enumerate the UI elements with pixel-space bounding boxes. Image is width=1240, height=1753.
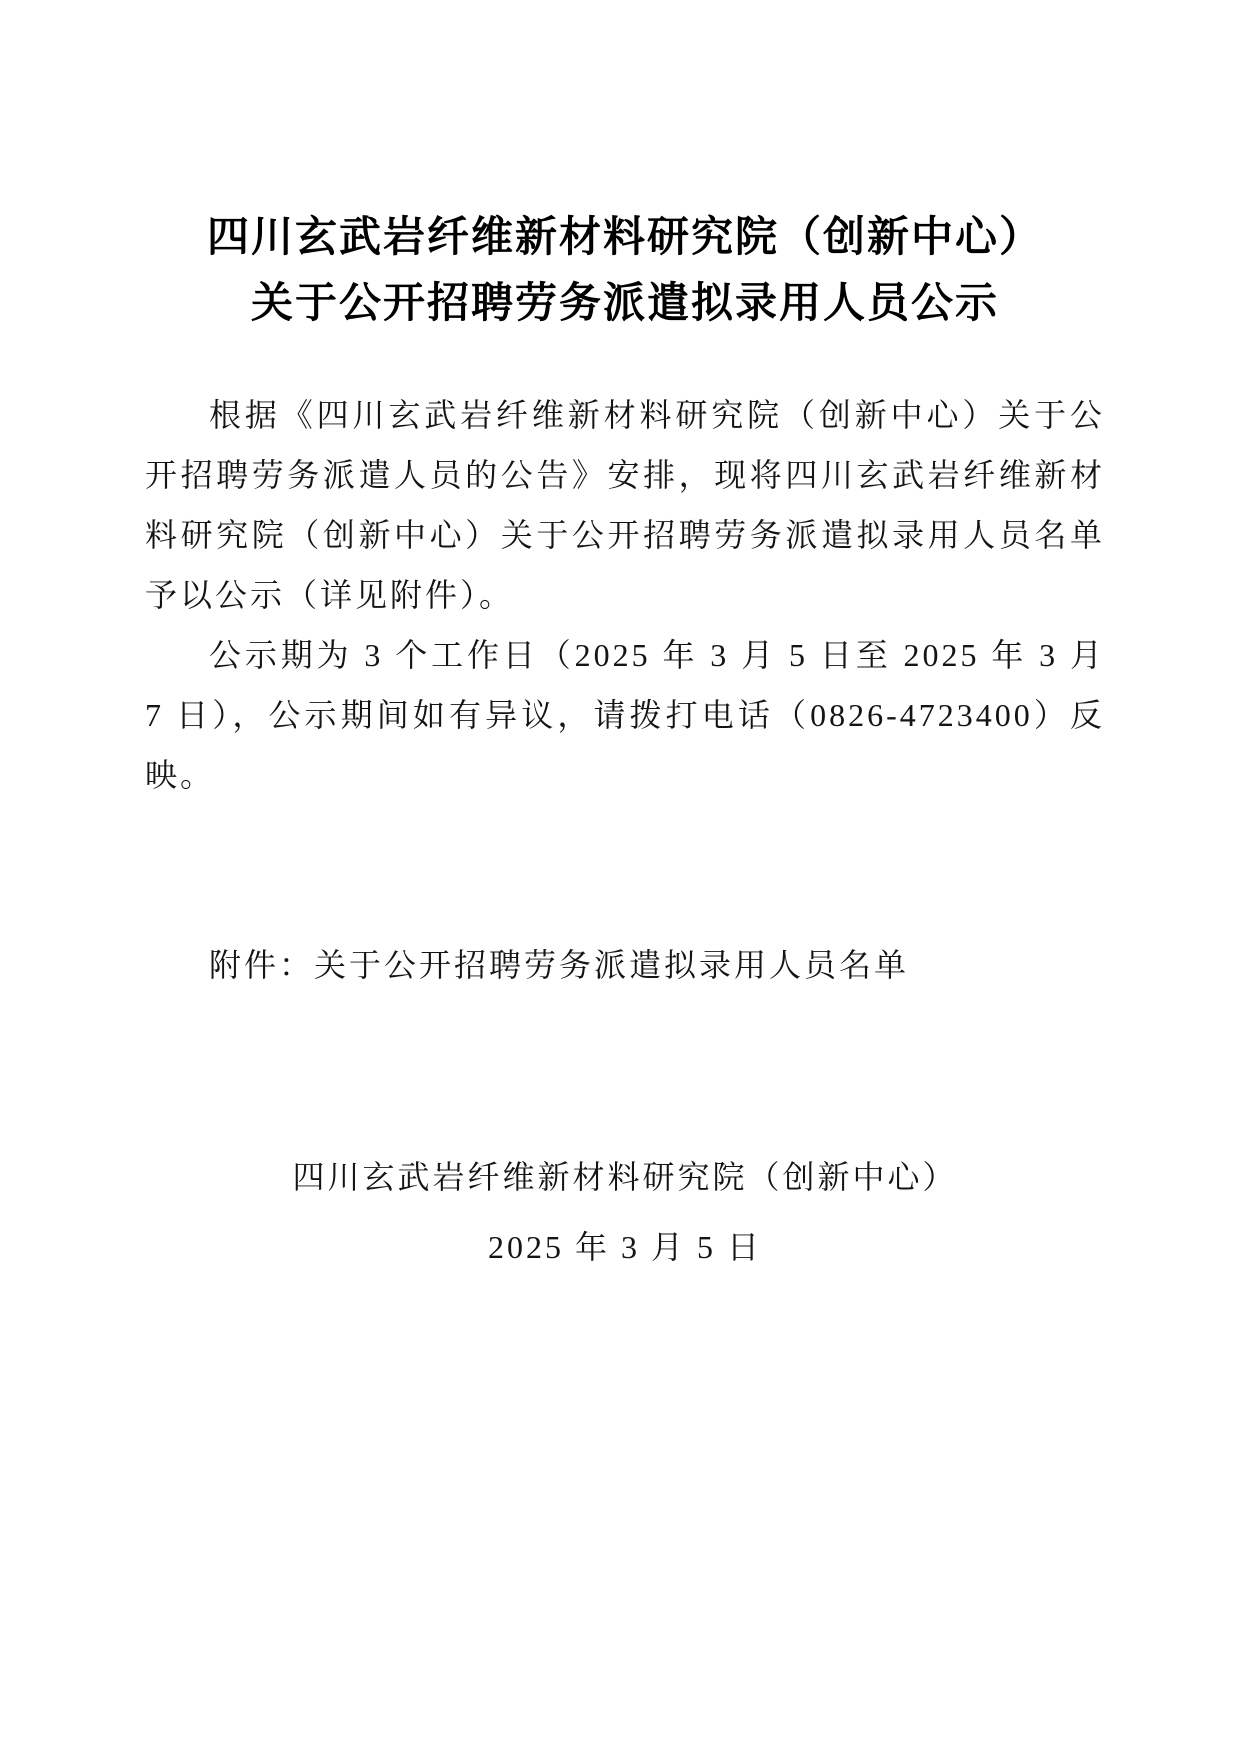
paragraph-basis: 根据《四川玄武岩纤维新材料研究院（创新中心）关于公开招聘劳务派遣人员的公告》安排… <box>145 385 1105 625</box>
paragraph-publicity-period: 公示期为 3 个工作日（2025 年 3 月 5 日至 2025 年 3 月 7… <box>145 625 1105 805</box>
title-line-2: 关于公开招聘劳务派遣拟录用人员公示 <box>145 271 1105 337</box>
document-title: 四川玄武岩纤维新材料研究院（创新中心） 关于公开招聘劳务派遣拟录用人员公示 <box>145 0 1105 337</box>
notice-content: 四川玄武岩纤维新材料研究院（创新中心） 关于公开招聘劳务派遣拟录用人员公示 根据… <box>0 0 1240 1282</box>
signature-block: 四川玄武岩纤维新材料研究院（创新中心） 2025 年 3 月 5 日 <box>145 1142 1105 1282</box>
title-line-1: 四川玄武岩纤维新材料研究院（创新中心） <box>145 205 1105 271</box>
notice-page: 四川玄武岩纤维新材料研究院（创新中心） 关于公开招聘劳务派遣拟录用人员公示 根据… <box>0 0 1240 1753</box>
signature-date: 2025 年 3 月 5 日 <box>145 1212 1105 1282</box>
attachment-line: 附件：关于公开招聘劳务派遣拟录用人员名单 <box>145 935 1105 995</box>
signature-organization: 四川玄武岩纤维新材料研究院（创新中心） <box>145 1142 1105 1212</box>
